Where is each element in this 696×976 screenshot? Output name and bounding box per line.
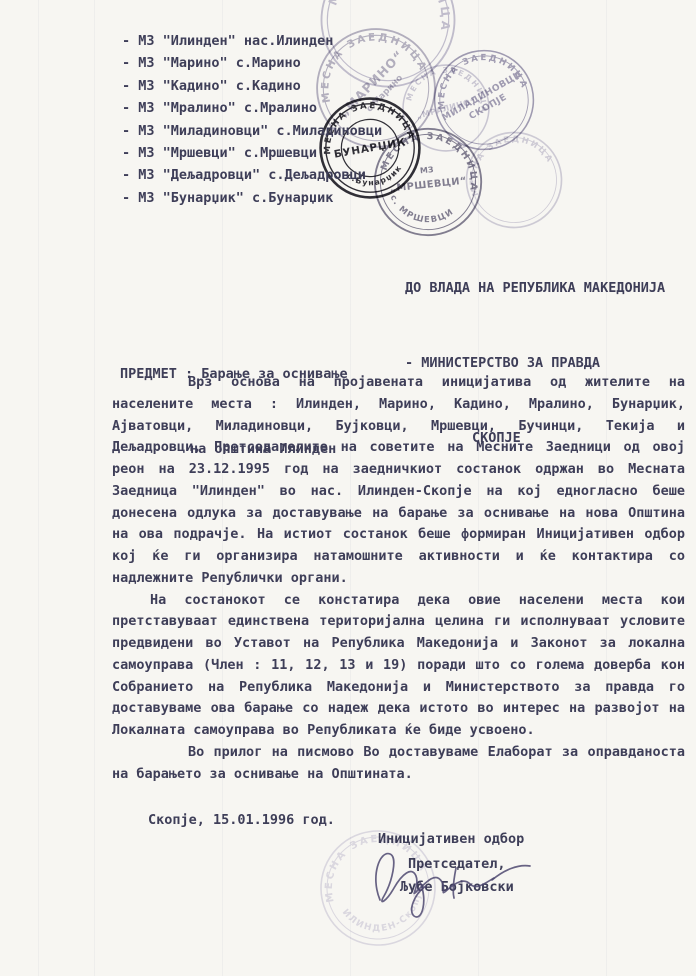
body-line: доставуваме ова барање со надеж дека ист… [112, 698, 685, 720]
body-line: Врз основа на пројавената иницијатива од… [112, 372, 685, 394]
body-line: кој ќе ги организира натамошните активно… [112, 546, 685, 568]
svg-text:СКОПЈЕ: СКОПЈЕ [468, 93, 509, 122]
svg-text:МЕСНА ЗАЕДНИЦА: МЕСНА ЗАЕДНИЦА [427, 43, 530, 111]
mz-list-item: - МЗ "Марино" с.Марино [122, 52, 382, 74]
body-line: Собранието на Република Македонија и Мин… [112, 677, 685, 699]
mz-list-item: - МЗ "Бунарџик" с.Бунарџик [122, 187, 382, 209]
mz-list-item: - МЗ "Илинден" нас.Илинден [122, 30, 382, 52]
mz-list-item: - МЗ "Миладиновци" с.Миладиновци [122, 120, 382, 142]
date-line: Скопје, 15.01.1996 год. [148, 812, 335, 828]
svg-text:МЗ: МЗ [420, 165, 435, 175]
mz-list-item: - МЗ "Кадино" с.Кадино [122, 75, 382, 97]
body-line: реон на 23.12.1995 год на заедничкиот со… [112, 459, 685, 481]
body-line: населените места : Илинден, Марино, Кади… [112, 394, 685, 416]
svg-text:„МРШЕВЦИ“: „МРШЕВЦИ“ [389, 176, 467, 195]
svg-text:МИЛАДИНОВЦИ: МИЛАДИНОВЦИ [441, 70, 524, 124]
closing-role: Претседател, [408, 856, 506, 872]
body-line: претставуваат единствена територијална ц… [112, 611, 685, 633]
body-line: Заедница "Илинден" во нас. Илинден-Скопј… [112, 481, 685, 503]
svg-text:МЕСНА ЗАЕДНИЦА: МЕСНА ЗАЕДНИЦА [378, 120, 490, 194]
body-line: надлежните Републички органи. [112, 568, 685, 590]
paragraph-3: Во прилог на писмово Во доставуваме Елаб… [112, 742, 685, 786]
stamp-miladinovci-icon: МЕСНА ЗАЕДНИЦА МИЛАДИНОВЦИ СКОПЈЕ [421, 37, 547, 163]
body-text: Врз основа на пројавената иницијатива од… [112, 372, 685, 785]
body-line: Ајватовци, Миладиновци, Бујковци, Мршевц… [112, 416, 685, 438]
mz-list-item: - МЗ "Мралино" с.Мралино [122, 97, 382, 119]
body-line: донесена одлука за доставување на барање… [112, 503, 685, 525]
body-line: Дељадровци, Претседателите на советите н… [112, 437, 685, 459]
recipient-line: ДО ВЛАДА НА РЕПУБЛИКА МАКЕДОНИЈА [405, 276, 665, 301]
closing-name: Љубе Бојковски [400, 879, 514, 895]
body-line: Локалната самоуправа во Републиката ќе б… [112, 720, 685, 742]
body-line: на барањето за оснивање на Општината. [112, 764, 685, 786]
svg-text:МЕСНА ЗАЕДНИЦА: МЕСНА ЗАЕДНИЦА [453, 119, 557, 199]
mz-list-item: - МЗ "Дељадровци" с.Дељадровци [122, 164, 382, 186]
mz-list-item: - МЗ "Мршевци" с.Мршевци [122, 142, 382, 164]
svg-text:МЕСНА ЗАЕДНИЦА: МЕСНА ЗАЕДНИЦА [404, 59, 495, 115]
paragraph-1: Врз основа на пројавената иницијатива од… [112, 372, 685, 590]
paragraph-2: На состанокот се констатира дека овие на… [112, 590, 685, 742]
closing-committee: Иницијативен одбор [378, 831, 524, 847]
body-line: предвидени во Уставот на Република Макед… [112, 633, 685, 655]
body-line: самоуправа (Член : 11, 12, 13 и 19) пора… [112, 655, 685, 677]
body-line: На состанокот се констатира дека овие на… [112, 590, 685, 612]
body-line: Во прилог на писмово Во доставуваме Елаб… [112, 742, 685, 764]
svg-text:„МРАЛИНО“: „МРАЛИНО“ [415, 96, 476, 121]
mz-list: - МЗ "Илинден" нас.Илинден - МЗ "Марино"… [122, 30, 382, 209]
document-page: МЕСНА ЗАЕДНИЦА МЕСНА ЗАЕДНИЦА „МАРИНО“ с… [0, 0, 696, 976]
body-line: на ова подрачје. На истиот состанок беше… [112, 524, 685, 546]
stamp-mralino-icon: МЕСНА ЗАЕДНИЦА „МРАЛИНО“ [393, 55, 500, 162]
